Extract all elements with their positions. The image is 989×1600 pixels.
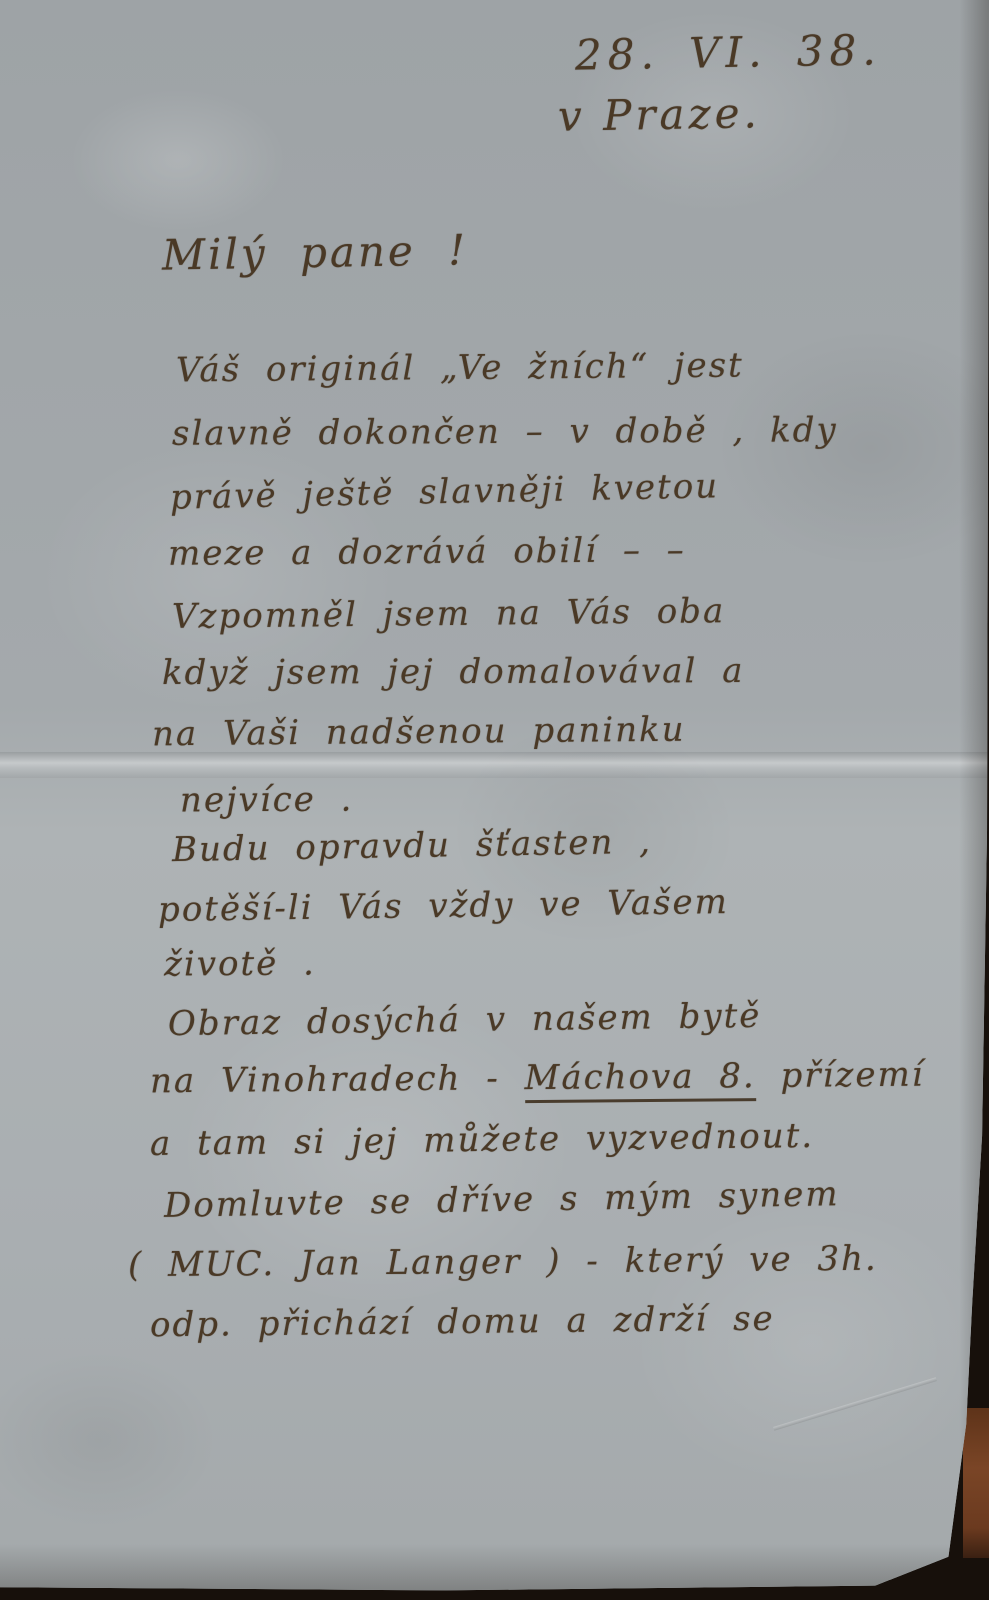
- handwritten-line: Domluvte se dříve s mým synem: [164, 1174, 840, 1226]
- handwritten-line: na Vaši nadšenou paninku: [152, 710, 686, 755]
- handwritten-line: nejvíce .: [180, 780, 354, 821]
- handwritten-line: právě ještě slavněji kvetou: [170, 466, 720, 517]
- handwritten-line-address: na Vinohradech - Máchova 8. přízemí: [150, 1055, 925, 1102]
- handwritten-line: Budu opravdu šťasten ,: [172, 822, 653, 870]
- letter-paper: 28. VI. 38. v Praze. Milý pane ! Váš ori…: [0, 0, 989, 1600]
- fold-crease-diagonal: [773, 1377, 937, 1431]
- letter-place: v Praze.: [558, 88, 762, 141]
- address-underlined: Máchova 8.: [524, 1056, 756, 1103]
- address-post: přízemí: [756, 1055, 925, 1096]
- handwritten-line: slavně dokončen – v době , kdy: [172, 410, 838, 453]
- handwritten-line: Obraz dosýchá v našem bytě: [168, 996, 762, 1044]
- handwritten-line: když jsem jej domalovával a: [162, 651, 745, 693]
- letter-date: 28. VI. 38.: [575, 25, 882, 79]
- handwritten-line: meze a dozrává obilí – –: [168, 530, 686, 574]
- letter-photo: 28. VI. 38. v Praze. Milý pane ! Váš ori…: [0, 0, 989, 1600]
- paper-edge-shadow: [0, 0, 989, 1600]
- handwritten-line: ( MUC. Jan Langer ) - který ve 3h.: [128, 1239, 878, 1286]
- handwritten-line: životě .: [164, 943, 316, 984]
- address-pre: na Vinohradech -: [150, 1058, 525, 1101]
- handwritten-line: Vzpomněl jsem na Vás oba: [172, 591, 726, 637]
- fold-crease-horizontal: [0, 752, 989, 778]
- handwritten-line: potěší-li Vás vždy ve Vašem: [158, 882, 729, 930]
- handwritten-line: a tam si jej můžete vyzvednout.: [150, 1116, 815, 1164]
- handwritten-line: Váš originál „Ve žních“ jest: [176, 346, 744, 391]
- salutation: Milý pane !: [162, 225, 469, 279]
- handwritten-line: odp. přichází domu a zdrží se: [150, 1299, 775, 1346]
- wood-backdrop-sliver: [963, 1408, 989, 1558]
